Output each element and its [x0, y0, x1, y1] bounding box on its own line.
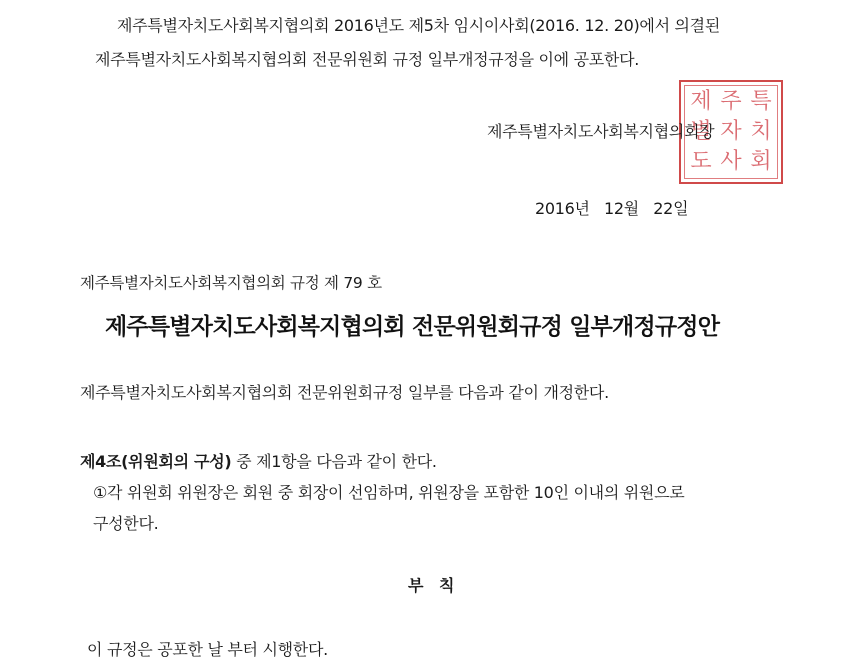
article-rest: 중 제1항을 다음과 같이 한다.: [231, 452, 436, 471]
supplementary-heading: 부 칙: [408, 573, 454, 596]
seal-glyph: 자: [717, 118, 745, 146]
seal-glyph: 도: [687, 148, 715, 176]
regulation-title: 제주특별자치도사회복지협의회 전문위원회규정 일부개정규정안: [105, 308, 719, 341]
seal-glyph: 주: [717, 88, 745, 116]
seal-glyph: 사: [717, 148, 745, 176]
promulgation-line-2: 제주특별자치도사회복지협의회 전문위원회 규정 일부개정규정을 이에 공포한다.: [95, 47, 639, 70]
supplementary-text: 이 규정은 공포한 날 부터 시행한다.: [87, 637, 328, 660]
seal-glyph: 회: [747, 148, 775, 176]
clause-1-line-1: ①각 위원회 위원장은 회원 중 회장이 선임하며, 위원장을 포함한 10인 …: [93, 480, 684, 503]
article-heading: 제4조(위원회의 구성): [80, 452, 231, 471]
article-4-line: 제4조(위원회의 구성) 중 제1항을 다음과 같이 한다.: [80, 449, 437, 472]
seal-glyph: 치: [747, 118, 775, 146]
clause-1-line-2: 구성한다.: [93, 511, 158, 534]
promulgation-date: 2016년 12월 22일: [535, 196, 688, 219]
signatory: 제주특별자치도사회복지협의회장: [487, 119, 714, 142]
regulation-intro: 제주특별자치도사회복지협의회 전문위원회규정 일부를 다음과 같이 개정한다.: [80, 380, 609, 403]
promulgation-line-1: 제주특별자치도사회복지협의회 2016년도 제5차 임시이사회(2016. 12…: [117, 13, 720, 36]
seal-glyph: 제: [687, 88, 715, 116]
seal-glyph: 특: [747, 88, 775, 116]
regulation-number: 제주특별자치도사회복지협의회 규정 제 79 호: [80, 271, 382, 293]
